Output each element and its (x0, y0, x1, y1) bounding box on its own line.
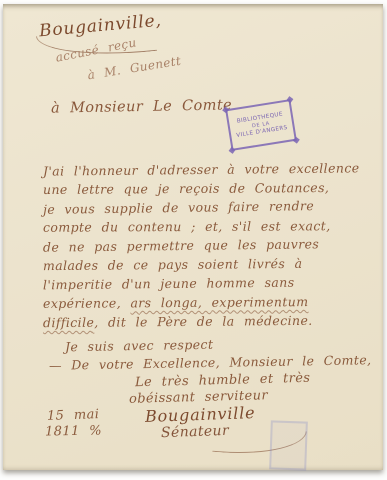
body-line: de ne pas permettre que les pauvres (43, 238, 319, 254)
body-line: l'imperitie d'un jeune homme sans (43, 277, 295, 292)
latin-quote: difficile (43, 315, 94, 330)
body-line: compte du contenu ; et, s'il est exact, (43, 220, 331, 234)
letter-paper: Bougainville, accusé reçu à M. Guenett à… (3, 4, 383, 470)
scanned-letter: Bougainville, accusé reçu à M. Guenett à… (0, 0, 387, 480)
body-line: je vous supplie de vous faire rendre (43, 200, 314, 216)
faint-blue-stamp (269, 420, 308, 470)
annotation-line-2: à M. Guenett (87, 55, 182, 82)
signature-name: Bougainville (145, 405, 256, 425)
date-day-month: 15 mai (47, 408, 100, 423)
closing-respect: Je suis avec respect (65, 339, 214, 354)
salutation: à Monsieur Le Comte (51, 98, 232, 116)
date-year: 1811 % (45, 425, 102, 439)
body-line: expérience, ars longa, experimentum (43, 296, 309, 310)
closing-humble: Le très humble et très (135, 372, 311, 390)
body-line: malades de ce pays soient livrés à (43, 258, 303, 273)
body-line: difficile, dit le Père de la médecine. (43, 315, 313, 330)
stamp-corner-icon (293, 137, 300, 144)
body-line-text: expérience, (43, 295, 131, 311)
library-stamp: BIBLIOTHEQUE DE LA VILLE D'ANGERS (225, 99, 297, 151)
stamp-corner-icon (229, 147, 236, 154)
body-line-text: , dit le Père de la médecine. (94, 313, 312, 330)
body-line: J'ai l'honneur d'adresser à votre excell… (43, 162, 360, 178)
closing-formula: — De votre Excellence, Monsieur le Comte… (49, 354, 372, 372)
stamp-corner-icon (286, 96, 293, 103)
latin-quote: ars longa, experimentum (130, 294, 308, 310)
body-line: une lettre que je reçois de Coutances, (43, 182, 329, 196)
